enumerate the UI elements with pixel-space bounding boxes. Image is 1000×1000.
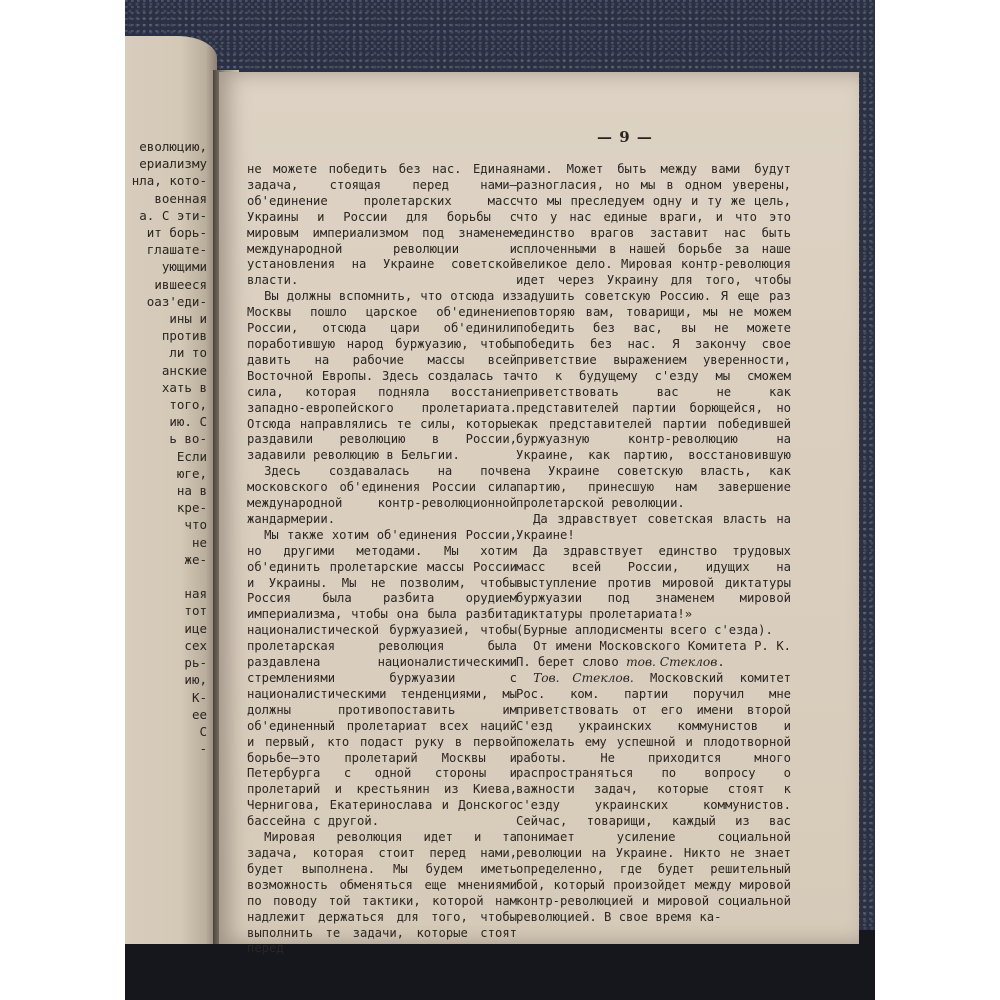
left-page-line: против [125,327,207,344]
speaker-name: тов. Стеклов [626,655,717,669]
paragraph: От имени Московского Комитета Р. К. П. б… [516,639,791,671]
left-page-line: ующими [125,258,207,275]
left-page-line: сех [125,637,207,654]
document-photo: еволюцию,ериализмунла, кото-военнаяа. С … [125,0,875,1000]
page-number: — 9 — [597,128,653,146]
left-page-line: еволюцию, [125,138,207,155]
left-page-line: ины и [125,310,207,327]
left-page-line: а. С эти- [125,207,207,224]
paragraph: (Бурные аплодисменты всего с'езда). [516,623,791,639]
speaker-name: Тов. Стеклов. [533,671,634,685]
paragraph: Да здравствует единство трудовых масс вс… [516,544,791,624]
left-page-line: что [125,516,207,533]
left-page-line: тот [125,602,207,619]
left-page-line: оаз'еди- [125,293,207,310]
paragraph: Мы также хотим об'единения России, но др… [247,528,517,830]
paragraph: Вы должны вспомнить, что отсюда из Москв… [247,289,517,464]
left-page-line: К- [125,689,207,706]
left-page-line: не [125,534,207,551]
left-page-line: ию, [125,671,207,688]
left-page-line: анские [125,362,207,379]
paragraph: не можете победить без нас. Единая задач… [247,162,517,289]
paragraph: Тов. Стеклов. Московский комитет Рос. ко… [516,671,791,926]
left-page-line: ию. С [125,413,207,430]
left-page-line: юге, [125,465,207,482]
left-page-line: ившееся [125,276,207,293]
paragraph: нами. Может быть между вами будут разног… [516,162,791,512]
left-page-line: ь во- [125,430,207,447]
left-page-line: ериализму [125,155,207,172]
left-page-line: ице [125,620,207,637]
left-page-line: ная [125,585,207,602]
left-page-line: рь- [125,654,207,671]
left-page-line: на в [125,482,207,499]
paragraph: Да здравствует советская власть на Украи… [516,512,791,544]
left-page-line: кре- [125,499,207,516]
left-page-line: военная [125,190,207,207]
text-column-left: не можете победить без нас. Единая задач… [247,162,517,957]
left-page: еволюцию,ериализмунла, кото-военнаяа. С … [125,36,217,944]
left-page-line: С [125,723,207,740]
left-page-line: же- [125,551,207,568]
left-page-line: глашате- [125,241,207,258]
left-page-text-fragments: еволюцию,ериализмунла, кото-военнаяа. С … [125,138,207,757]
left-page-line: ит борь- [125,224,207,241]
right-page: — 9 — не можете победить без нас. Единая… [219,72,859,944]
left-page-line: - [125,740,207,757]
left-page-line: ее [125,706,207,723]
left-page-line: нла, кото- [125,172,207,189]
paragraph: Мировая революция идет и та задача, кото… [247,830,517,957]
left-page-line: Если [125,448,207,465]
paragraph: Здесь создавалась на почве московского о… [247,464,517,528]
left-page-line: того, [125,396,207,413]
left-page-line: ли то [125,344,207,361]
text-column-right: нами. Может быть между вами будут разног… [516,162,791,926]
left-page-line: хать в [125,379,207,396]
left-page-line [125,568,207,585]
